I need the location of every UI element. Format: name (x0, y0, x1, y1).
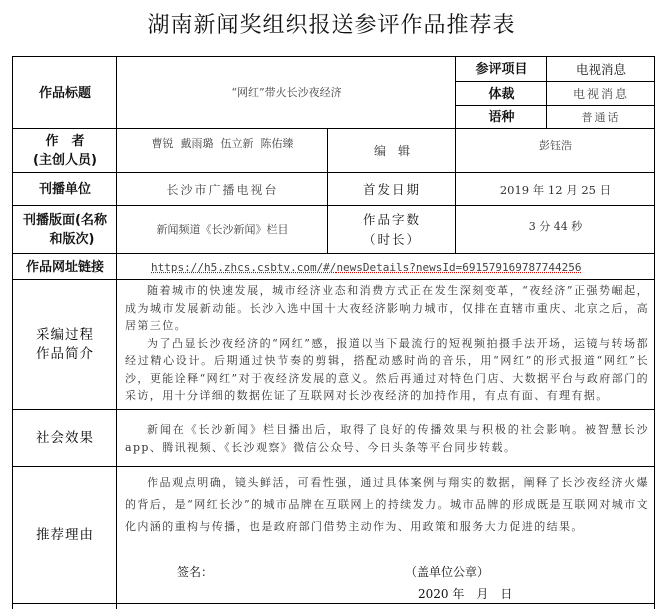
length-label-line2: （时长） (363, 230, 421, 250)
publisher-value: 长沙市广播电视台 (116, 172, 328, 206)
language-label-text: 语种 (488, 108, 514, 127)
summary-paragraph: 为了凸显长沙夜经济的“网红”感，报道以当下最流行的短视频拍摄手法开场，运镜与转场… (125, 335, 649, 405)
work-title-text: “网红”带火长沙夜经济 (231, 84, 341, 102)
social-effect-content: 新闻在《长沙新闻》栏目播出后，取得了良好的传播效果与积极的社会影响。被智慧长沙 … (116, 409, 655, 467)
summary-content: 随着城市的快速发展，城市经济业态和消费方式正在发生深刻变革，“夜经济”正强势崛起… (116, 279, 655, 410)
language-value: 普通话 (546, 105, 655, 129)
length-value-text: 3 分 44 秒 (529, 218, 583, 236)
publisher-label: 刊播单位 (12, 172, 117, 206)
length-label-line1: 作品字数 (363, 210, 421, 230)
summary-paragraph: 随着城市的快速发展，城市经济业态和消费方式正在发生深刻变革，“夜经济”正强势崛起… (125, 282, 649, 335)
recommendation-label-text: 推荐理由 (36, 526, 94, 545)
social-effect-paragraph: 新闻在《长沙新闻》栏目播出后，取得了良好的传播效果与积极的社会影响。被智慧长沙 … (125, 421, 649, 456)
publisher-label-text: 刊播单位 (39, 180, 91, 199)
social-effect-label-text: 社会效果 (36, 429, 94, 448)
language-value-text: 普通话 (582, 109, 621, 127)
link-label-text: 作品网址链接 (26, 258, 104, 277)
next-row-label (12, 603, 117, 609)
category-label: 参评项目 (455, 56, 547, 82)
genre-label: 体裁 (455, 81, 547, 106)
edition-label-line1: 刊播版面(名称 (23, 211, 107, 230)
edition-label-line2: 和版次) (36, 230, 95, 249)
category-label-text: 参评项目 (475, 60, 527, 79)
edition-value: 新闻频道《长沙新闻》栏目 (116, 205, 328, 254)
length-value: 3 分 44 秒 (455, 205, 655, 254)
summary-label: 采编过程 作品简介 (12, 279, 117, 410)
author-label-line2: (主创人员) (33, 151, 97, 170)
genre-value: 电视消息 (546, 81, 655, 106)
editor-value-text: 彭钰浩 (539, 137, 572, 155)
genre-value-text: 电视消息 (573, 85, 629, 103)
work-link[interactable]: https://h5.zhcs.csbtv.com/#/newsDetails?… (116, 253, 655, 280)
sign-date: 2020 年 月 日 (418, 585, 512, 602)
edition-label: 刊播版面(名称 和版次) (12, 205, 117, 254)
recommendation-paragraph: 作品观点明确，镜头鲜活，可看性强，通过具体案例与翔实的数据，阐释了长沙夜经济火爆… (125, 472, 649, 538)
link-prefix[interactable]: https://h5.zhcs.csbtv.com/#/ (151, 261, 336, 274)
work-title-label-text: 作品标题 (39, 84, 91, 103)
work-title-label: 作品标题 (12, 56, 117, 129)
first-date-label: 首发日期 (327, 172, 456, 206)
editor-label: 编 辑 (327, 128, 456, 173)
author-label-line1: 作 者 (45, 132, 84, 151)
signature-label: 签名： (177, 563, 213, 580)
recommendation-content: 作品观点明确，镜头鲜活，可看性强，通过具体案例与翔实的数据，阐释了长沙夜经济火爆… (116, 466, 655, 604)
summary-label-line1: 采编过程 (36, 326, 94, 345)
recommendation-label: 推荐理由 (12, 466, 117, 604)
edition-value-text: 新闻频道《长沙新闻》栏目 (157, 221, 289, 239)
publisher-value-text: 长沙市广播电视台 (166, 181, 278, 199)
page-title: 湖南新闻奖组织报送参评作品推荐表 (0, 8, 663, 39)
social-effect-label: 社会效果 (12, 409, 117, 467)
editor-value: 彭钰浩 (455, 128, 655, 173)
first-date-value: 2019 年 12 月 25 日 (455, 172, 655, 206)
editor-label-text: 编 辑 (374, 142, 410, 160)
language-label: 语种 (455, 105, 547, 129)
category-value: 电视消息 (546, 56, 655, 82)
first-date-label-text: 首发日期 (363, 180, 421, 200)
length-label: 作品字数 （时长） (327, 205, 456, 254)
category-value-text: 电视消息 (576, 60, 626, 80)
author-value-text: 曹锐 戴雨璐 伍立新 陈佑臻 (152, 135, 294, 153)
author-value: 曹锐 戴雨璐 伍立新 陈佑臻 (116, 128, 328, 173)
link-label: 作品网址链接 (12, 253, 117, 280)
work-title-value: “网红”带火长沙夜经济 (116, 56, 456, 129)
table-right-border (654, 56, 655, 609)
genre-label-text: 体裁 (488, 85, 514, 104)
link-path[interactable]: newsDetails?newsId=691579169787744256 (336, 261, 581, 274)
first-date-value-text: 2019 年 12 月 25 日 (500, 181, 611, 199)
next-row-content (116, 603, 655, 609)
summary-label-line2: 作品简介 (36, 345, 94, 364)
author-label: 作 者 (主创人员) (12, 128, 117, 173)
seal-label: （盖单位公章） (405, 563, 489, 580)
